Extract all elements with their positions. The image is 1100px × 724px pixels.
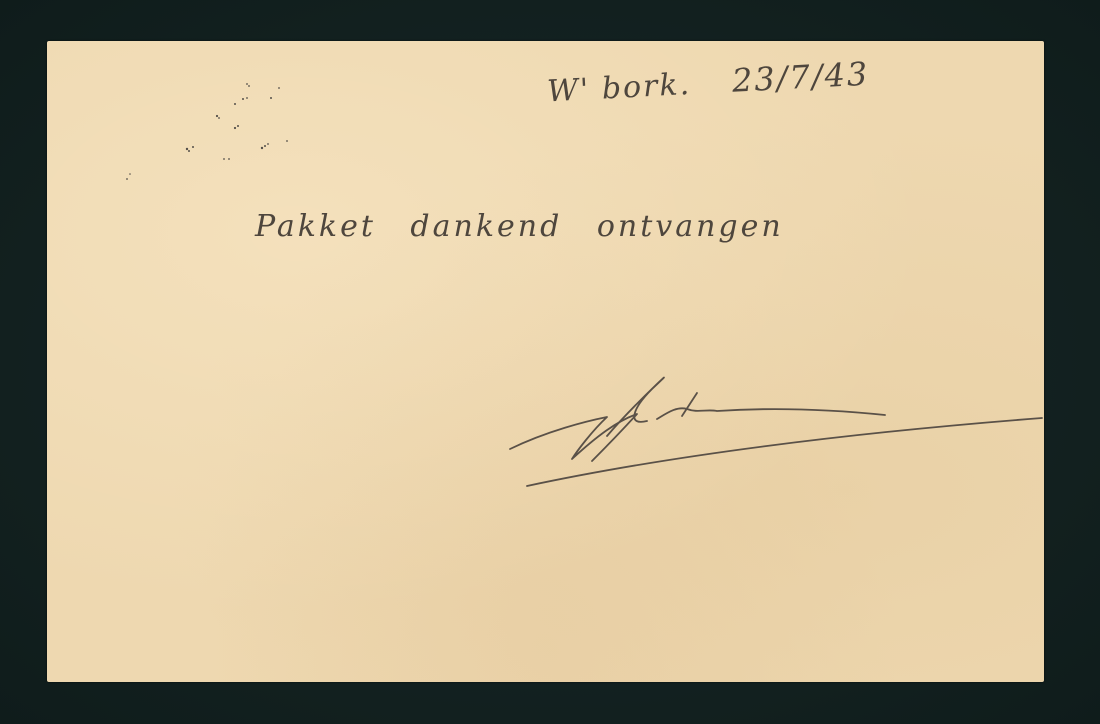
signature-flourish	[47, 41, 1044, 682]
postcard: W' bork. 23/7/43 Pakket dankend ontvange…	[47, 41, 1044, 682]
